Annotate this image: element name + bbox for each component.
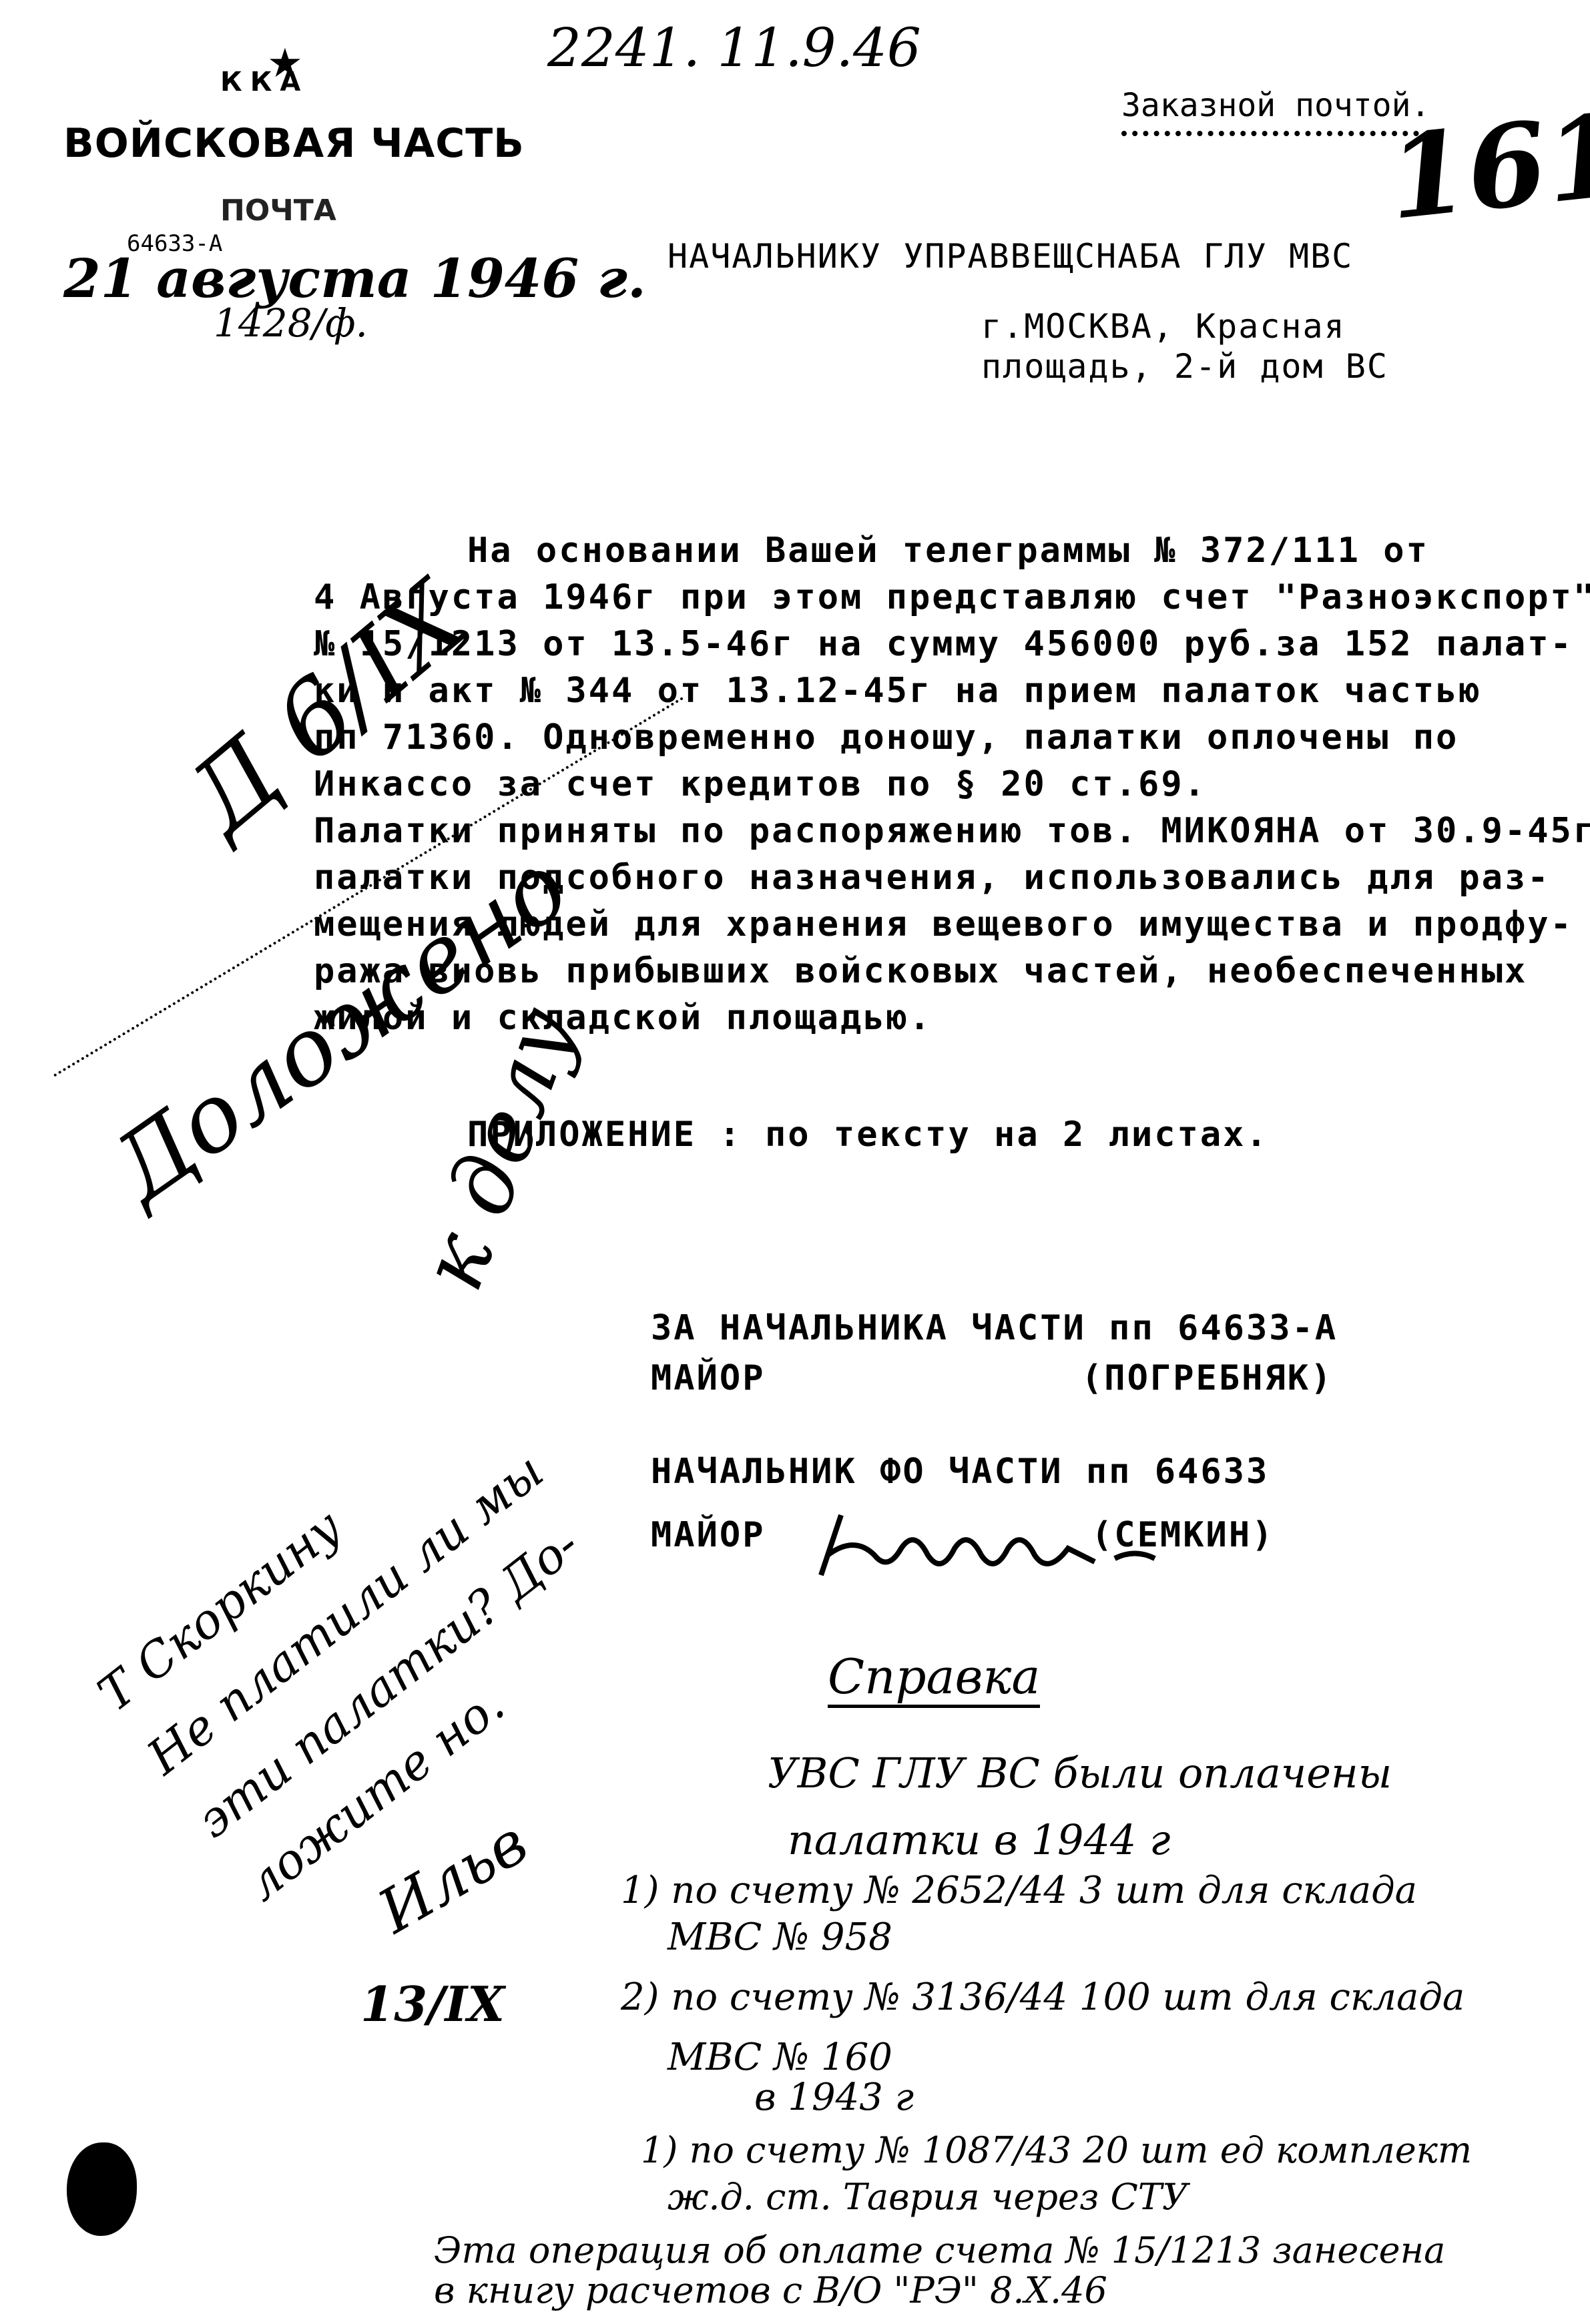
addressee-title: НАЧАЛЬНИКУ УПРАВВЕЩСНАБА ГЛУ МВС bbox=[668, 237, 1353, 276]
ink-blot bbox=[67, 2142, 137, 2236]
reference-line: палатки в 1944 г bbox=[788, 1815, 1170, 1864]
reference-footer-line: в книгу расчетов с В/О "РЭ" 8.X.46 bbox=[434, 2269, 1107, 2311]
signature-1-name: (ПОГРЕБНЯК) bbox=[1081, 1355, 1333, 1402]
reference-line: в 1943 г bbox=[754, 2076, 914, 2119]
reference-footer-line: Эта операция об оплате счета № 15/1213 з… bbox=[434, 2229, 1445, 2271]
reference-line: 1) по счету № 2652/44 3 шт для склада bbox=[621, 1869, 1417, 1912]
reference-line: 1) по счету № 1087/43 20 шт ед комплект bbox=[641, 2129, 1472, 2171]
reference-line: 2) по счету № 3136/44 100 шт для склада bbox=[621, 1976, 1465, 2019]
body-line: ки и акт № 344 от 13.12-45г на прием пал… bbox=[314, 667, 1590, 714]
body-line: Инкассо за счет кредитов по § 20 ст.69. bbox=[314, 761, 1590, 808]
stamp-title: ВОЙСКОВАЯ ЧАСТЬ bbox=[63, 120, 525, 167]
body-line: На основании Вашей телеграммы № 372/111 … bbox=[314, 527, 1590, 574]
stamp-subtitle: ПОЧТА bbox=[220, 194, 336, 228]
stamp-reg-number: 1428/ф. bbox=[214, 300, 368, 346]
signature-1-rank: МАЙОР bbox=[651, 1355, 766, 1402]
body-line: пп 71360. Одновременно доношу, палатки о… bbox=[314, 714, 1590, 761]
reference-line: УВС ГЛУ ВС были оплачены bbox=[768, 1749, 1392, 1797]
top-annotation: 2241. 11.9.46 bbox=[547, 17, 921, 79]
reference-title: Справка bbox=[828, 1649, 1040, 1708]
reference-line: МВС № 160 bbox=[668, 2036, 892, 2079]
addressee-address: площадь, 2-й дом ВС bbox=[981, 347, 1388, 386]
page-number: 161 bbox=[1382, 88, 1590, 246]
handwritten-signature bbox=[814, 1508, 1181, 1588]
resolution-date: 13/IX bbox=[360, 1976, 505, 2032]
reference-line: ж.д. ст. Таврия через СТУ bbox=[668, 2176, 1188, 2218]
margin-resolution: Т Скоркину Не платили ли мы эти палатки?… bbox=[80, 1370, 659, 1922]
stamp-org-abbrev: ККА bbox=[220, 67, 308, 97]
signature-2-rank: МАЙОР bbox=[651, 1512, 766, 1558]
attachment-line: ПРИЛОЖЕНИЕ : по тексту на 2 листах. bbox=[467, 1111, 1269, 1158]
signature-1-title: ЗА НАЧАЛЬНИКА ЧАСТИ пп 64633-А bbox=[651, 1305, 1338, 1352]
body-line: № 15/1213 от 13.5-46г на сумму 456000 ру… bbox=[314, 621, 1590, 667]
body-line: 4 Августа 1946г при этом представляю сче… bbox=[314, 574, 1590, 621]
reference-line: МВС № 958 bbox=[668, 1916, 892, 1959]
signature-2-title: НАЧАЛЬНИК ФО ЧАСТИ пп 64633 bbox=[651, 1448, 1269, 1495]
addressee-city: г.МОСКВА, Красная bbox=[981, 307, 1346, 346]
